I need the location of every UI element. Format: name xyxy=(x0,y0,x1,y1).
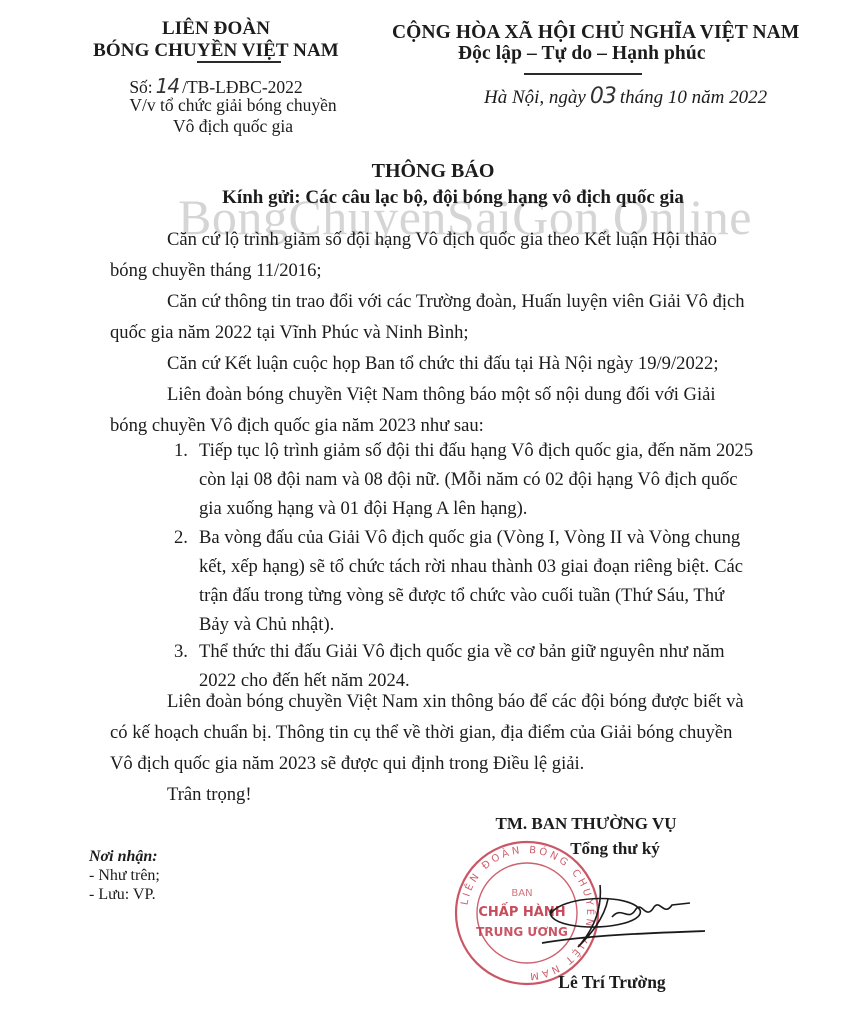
recipient-item: - Như trên; xyxy=(89,867,160,885)
signatory-name: Lê Trí Trường xyxy=(558,972,665,993)
doc-number-suffix: /TB-LĐBC-2022 xyxy=(182,77,303,97)
list-item-line: còn lại 08 đội nam và 08 đội nữ. (Mỗi nă… xyxy=(199,469,738,491)
body-line: Căn cứ Kết luận cuộc họp Ban tổ chức thi… xyxy=(167,353,719,375)
closing-line: có kế hoạch chuẩn bị. Thông tin cụ thể v… xyxy=(110,722,732,744)
body-line: bóng chuyền tháng 11/2016; xyxy=(110,260,322,282)
list-item-number: 2. xyxy=(174,527,188,549)
body-line: Căn cứ lộ trình giảm số đội hạng Vô địch… xyxy=(167,229,717,251)
body-line: Liên đoàn bóng chuyền Việt Nam thông báo… xyxy=(167,384,716,406)
list-item-line: kết, xếp hạng) sẽ tổ chức tách rời nhau … xyxy=(199,556,743,578)
document-title: THÔNG BÁO xyxy=(372,160,495,183)
date-line: Hà Nội, ngày03tháng 10 năm 2022 xyxy=(484,84,767,109)
doc-number-prefix: Số: xyxy=(129,77,152,97)
date-prefix: Hà Nội, ngày xyxy=(484,87,586,108)
recipient-item: - Lưu: VP. xyxy=(89,886,156,904)
list-item-line: 2022 cho đến hết năm 2024. xyxy=(199,670,410,692)
list-item-line: Thể thức thi đấu Giải Vô địch quốc gia v… xyxy=(199,641,725,663)
body-line: bóng chuyền Vô địch quốc gia năm 2023 nh… xyxy=(110,415,484,437)
list-item-number: 3. xyxy=(174,641,188,663)
motto-underline xyxy=(524,73,642,75)
list-item-line: Ba vòng đấu của Giải Vô địch quốc gia (V… xyxy=(199,527,740,549)
list-item-line: Tiếp tục lộ trình giảm số đội thi đấu hạ… xyxy=(199,440,753,462)
list-item-number: 1. xyxy=(174,440,188,462)
state-motto: Độc lập – Tự do – Hạnh phúc xyxy=(458,43,706,65)
signatory-role: Tổng thư ký xyxy=(570,839,660,859)
state-name: CỘNG HÒA XÃ HỘI CHỦ NGHĨA VIỆT NAM xyxy=(392,22,799,44)
org-name-line1: LIÊN ĐOÀN xyxy=(162,18,270,40)
body-line: quốc gia năm 2022 tại Vĩnh Phúc và Ninh … xyxy=(110,322,469,344)
date-day-handwritten: 03 xyxy=(590,84,616,109)
subject-line1: V/v tổ chức giải bóng chuyền xyxy=(129,95,336,116)
body-line: Căn cứ thông tin trao đổi với các Trường… xyxy=(167,291,745,313)
addressee: Kính gửi: Các câu lạc bộ, đội bóng hạng … xyxy=(222,187,684,209)
signatory-on-behalf: TM. BAN THƯỜNG VỤ xyxy=(495,814,676,834)
subject-line2: Vô địch quốc gia xyxy=(173,116,293,137)
date-suffix: tháng 10 năm 2022 xyxy=(620,87,767,108)
closing-line: Liên đoàn bóng chuyền Việt Nam xin thông… xyxy=(167,691,744,713)
recipients-label: Nơi nhận: xyxy=(89,848,158,866)
handwritten-signature-icon xyxy=(530,865,720,965)
list-item-line: trận đấu trong từng vòng sẽ được tổ chức… xyxy=(199,585,724,607)
closing-line: Trân trọng! xyxy=(167,784,252,806)
list-item-line: gia xuống hạng và 01 đội Hạng A lên hạng… xyxy=(199,498,527,520)
org-name-line2: BÓNG CHUYỀN VIỆT NAM xyxy=(93,40,339,62)
closing-line: Vô địch quốc gia năm 2023 sẽ được qui đị… xyxy=(110,753,584,775)
org-underline xyxy=(197,61,281,63)
list-item-line: Bảy và Chủ nhật). xyxy=(199,614,334,636)
